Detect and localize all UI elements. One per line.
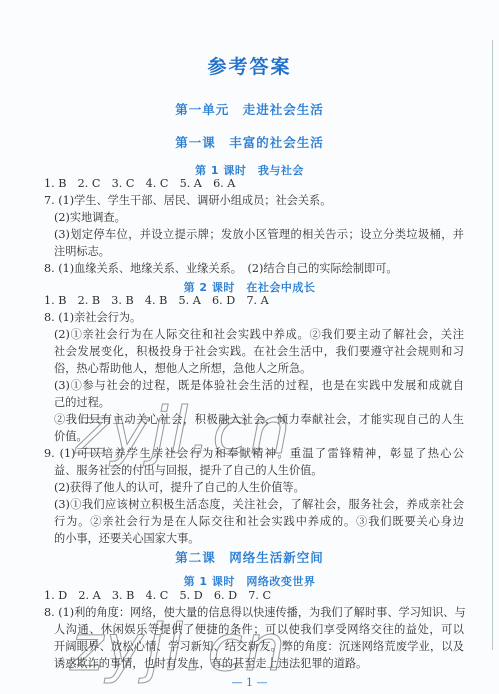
answer-key-page: 参考答案 第一单元 走进社会生活 第一课 丰富的社会生活 第 1 课时 我与社会…	[0, 0, 499, 694]
answer-line: 7. (1)学生、学生干部、居民、调研小组成员；社会关系。	[44, 192, 331, 209]
answer-line: (2)实地调查。	[54, 209, 126, 226]
lesson-1-heading: 第一课 丰富的社会生活	[0, 133, 499, 151]
answer-line: (3)划定停车位，并设立提示牌；发放小区管理的相关告示；设立分类垃圾桶，并	[54, 226, 464, 243]
answer-line: 注明标志。	[54, 243, 110, 260]
answer-line: 1. B 2. B 3. B 4. B 5. A 6. D 7. A	[44, 292, 269, 309]
answer-line: 行为。②亲社会行为是在人际交往和社会实践中养成的。③我们既要关心身边	[54, 513, 464, 530]
answer-line: 1. D 2. A 3. B 4. C 5. D 6. D 7. C	[44, 587, 271, 604]
answer-line: 的小事，还要关心国家大事。	[54, 530, 199, 547]
answer-line: 8. (1)血缘关系、地缘关系、业缘关系。 (2)结合自己的实际绘制即可。	[44, 260, 398, 277]
answer-line: 社会发展变化，积极投身于社会实践。在社会生活中，我们要遵守社会规则和习	[54, 343, 464, 360]
answer-line: (3)①我们应该树立积极生活态度，关注社会，了解社会，服务社会，养成亲社会	[54, 496, 464, 513]
answer-line: 8. (1)亲社会行为。	[44, 309, 141, 326]
answer-line: 1. B 2. C 3. C 4. C 5. A 6. A	[44, 175, 235, 192]
lesson-2-heading: 第二课 网络生活新空间	[0, 548, 499, 566]
answer-line: (2)①亲社会行为在人际交往和社会实践中养成。②我们要主动了解社会，关注	[54, 326, 464, 343]
watermark: zyjl.cn	[70, 612, 287, 686]
answer-line: (2)获得了他人的认可，提升了自己的人生价值等。	[54, 479, 305, 496]
page-title: 参考答案	[0, 52, 499, 79]
answer-line: (3)①参与社会的过程，既是体验社会生活的过程，也是在实践中发展和成就自	[54, 377, 464, 394]
watermark: zyjl.cn	[75, 395, 292, 469]
unit-heading: 第一单元 走进社会生活	[0, 100, 499, 118]
answer-line: 俗，热心帮助他人，想他人之所想，急他人之所急。	[54, 360, 311, 377]
